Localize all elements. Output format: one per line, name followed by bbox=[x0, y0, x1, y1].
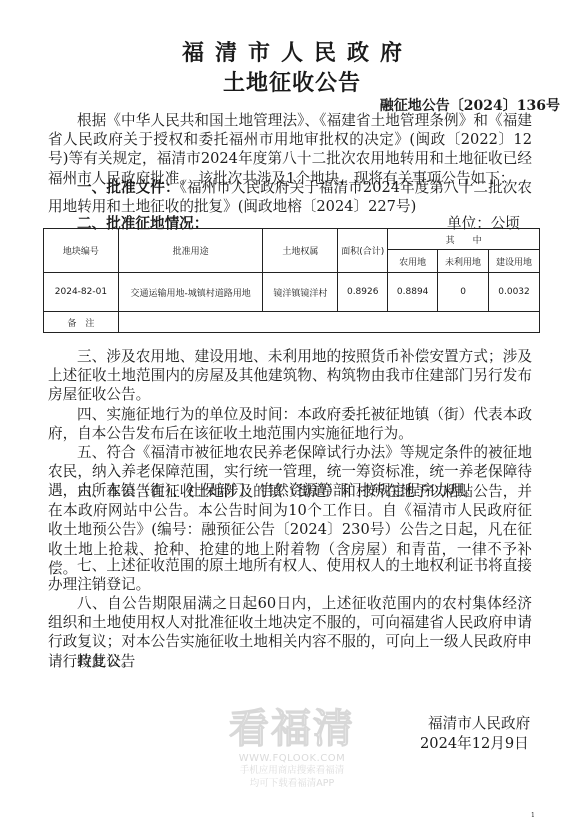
table-row: 2024-82-01 交通运输用地-城镇村道路用地 镜洋镇镜洋村 0.8926 … bbox=[44, 273, 540, 312]
header-approved-use: 批准用途 bbox=[118, 229, 263, 273]
cell-plot-id: 2024-82-01 bbox=[44, 273, 119, 312]
page-number: 1 bbox=[531, 812, 535, 819]
signature-org: 福清市人民政府 bbox=[420, 714, 530, 734]
header-area-total: 面积(合计) bbox=[338, 229, 388, 273]
signature-block: 福清市人民政府 2024年12月9日 bbox=[420, 714, 530, 754]
section-1-label: 一、批准文件： bbox=[77, 179, 180, 196]
header-land-ownership: 土地权属 bbox=[263, 229, 338, 273]
issuing-authority-title: 福清市人民政府 bbox=[0, 36, 584, 67]
land-acquisition-table: 地块编号 批准用途 土地权属 面积(合计) 其 中 农用地 未利用地 建设用地 … bbox=[43, 228, 540, 333]
header-construction-land: 建设用地 bbox=[489, 250, 540, 273]
intro-paragraph: 根据《中华人民共和国土地管理法》、《福建省土地管理条例》和《福建省人民政府关于授… bbox=[48, 111, 532, 188]
header-unused-land: 未利用地 bbox=[438, 250, 489, 273]
remarks-row: 备 注 bbox=[44, 312, 540, 333]
remarks-label: 备 注 bbox=[44, 312, 119, 333]
section-7-paragraph: 七、上述征收范围的原土地所有权人、使用权人的土地权利证书将直接办理注销登记。 bbox=[48, 556, 532, 594]
watermark-line-1: 手机应用商店搜索看福清 bbox=[222, 764, 362, 777]
section-1-paragraph: 一、批准文件：《福州市人民政府关于福清市2024年度第八十二批次农用地转用和土地… bbox=[48, 178, 532, 216]
header-plot-id: 地块编号 bbox=[44, 229, 119, 273]
cell-land-ownership: 镜洋镇镜洋村 bbox=[263, 273, 338, 312]
section-3-paragraph: 三、涉及农用地、建设用地、未利用地的按照货币补偿安置方式；涉及上述征收土地范围内… bbox=[48, 347, 532, 405]
notice-page: 福清市人民政府 土地征收公告 融征地公告〔2024〕136号 根据《中华人民共和… bbox=[0, 0, 584, 824]
header-farmland: 农用地 bbox=[388, 250, 438, 273]
cell-farmland: 0.8894 bbox=[388, 273, 438, 312]
watermark-line-2: 均可下载看福清APP bbox=[222, 777, 362, 790]
document-title: 土地征收公告 bbox=[0, 66, 584, 97]
remarks-value bbox=[118, 312, 539, 333]
table-header-row: 地块编号 批准用途 土地权属 面积(合计) 其 中 bbox=[44, 229, 540, 250]
section-4-paragraph: 四、实施征地行为的单位及时间：本政府委托被征地镇（街）代表本政府，自本公告发布后… bbox=[48, 405, 532, 443]
closing-text: 特此公告 bbox=[48, 652, 532, 671]
cell-unused-land: 0 bbox=[438, 273, 489, 312]
watermark-url: WWW.FQLOOK.COM bbox=[222, 753, 362, 764]
signature-date: 2024年12月9日 bbox=[420, 734, 530, 754]
watermark: 看福清 WWW.FQLOOK.COM 手机应用商店搜索看福清 均可下载看福清AP… bbox=[222, 705, 362, 790]
cell-area-total: 0.8926 bbox=[338, 273, 388, 312]
header-of-which: 其 中 bbox=[388, 229, 540, 250]
cell-construction-land: 0.0032 bbox=[489, 273, 540, 312]
cell-approved-use: 交通运输用地-城镇村道路用地 bbox=[118, 273, 263, 312]
watermark-brand: 看福清 bbox=[222, 705, 362, 753]
